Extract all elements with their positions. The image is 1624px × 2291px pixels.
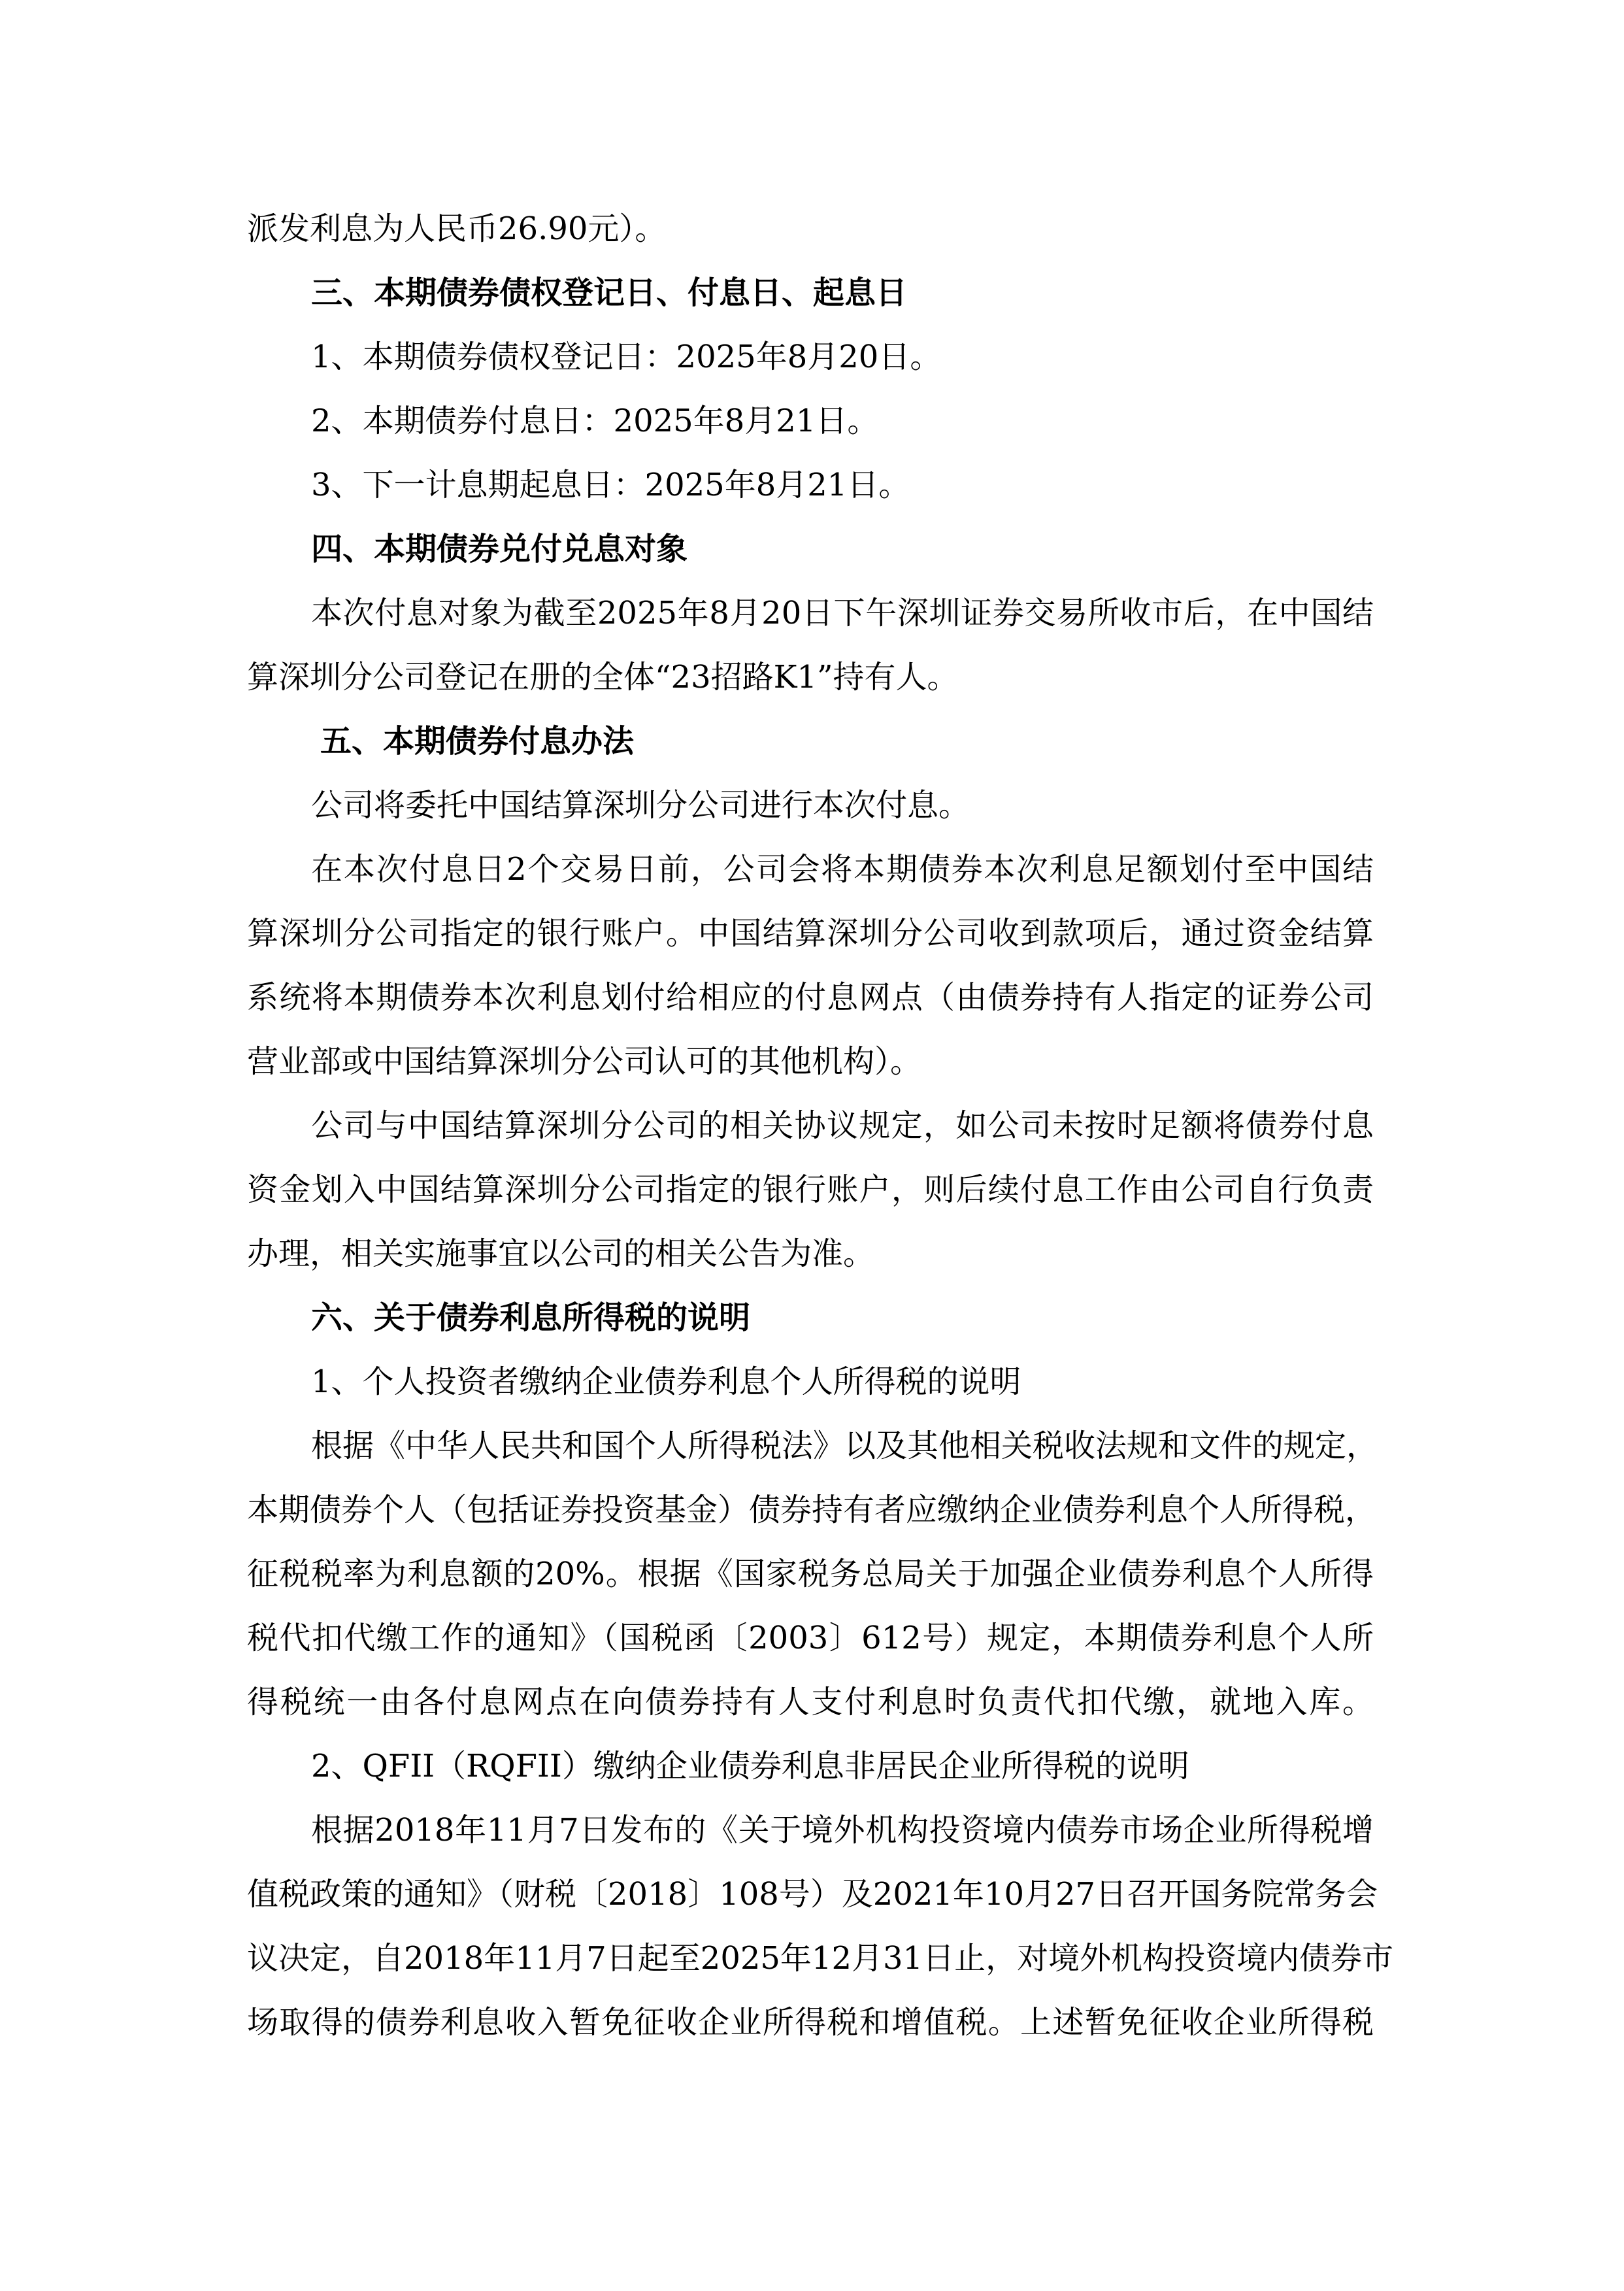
paragraph-line: 办理，相关实施事宜以公司的相关公告为准。 [247,1222,1374,1286]
paragraph-line: 场取得的债券利息收入暂免征收企业所得税和增值税。上述暂免征收企业所得税 [247,1990,1374,2054]
section-heading-5: 五、本期债券付息办法 [320,709,1374,773]
paragraph-continuation-line: 派发利息为人民币26.90元）。 [247,197,1374,261]
paragraph-line: 征税税率为利息额的20%。根据《国家税务总局关于加强企业债券利息个人所得 [247,1542,1374,1606]
section-heading-6: 六、关于债券利息所得税的说明 [311,1286,1374,1350]
document-page: 派发利息为人民币26.90元）。 三、本期债券债权登记日、付息日、起息日 1、本… [0,0,1624,2291]
subsection-heading-individual-tax: 1、个人投资者缴纳企业债券利息个人所得税的说明 [311,1350,1374,1414]
paragraph-line: 本期债券个人（包括证券投资基金）债券持有者应缴纳企业债券利息个人所得税， [247,1478,1374,1542]
paragraph-line: 系统将本期债券本次利息划付给相应的付息网点（由债券持有人指定的证券公司 [247,965,1374,1029]
paragraph-line: 公司将委托中国结算深圳分公司进行本次付息。 [311,773,1374,837]
paragraph-line: 营业部或中国结算深圳分公司认可的其他机构）。 [247,1029,1374,1094]
section-heading-3: 三、本期债券债权登记日、付息日、起息日 [311,261,1374,325]
paragraph-line: 值税政策的通知》（财税〔2018〕108号）及2021年10月27日召开国务院常… [247,1862,1374,1926]
list-item-registration-date: 1、本期债券债权登记日：2025年8月20日。 [311,325,1374,389]
list-item-payment-date: 2、本期债券付息日：2025年8月21日。 [311,389,1374,453]
paragraph-line: 得税统一由各付息网点在向债券持有人支付利息时负责代扣代缴，就地入库。 [247,1670,1374,1734]
paragraph-line: 议决定，自2018年11月7日起至2025年12月31日止，对境外机构投资境内债… [247,1926,1374,1990]
paragraph-line: 公司与中国结算深圳分公司的相关协议规定，如公司未按时足额将债券付息 [311,1094,1374,1158]
paragraph-line: 税代扣代缴工作的通知》（国税函〔2003〕612号）规定，本期债券利息个人所 [247,1606,1374,1670]
paragraph-line: 资金划入中国结算深圳分公司指定的银行账户，则后续付息工作由公司自行负责 [247,1158,1374,1222]
paragraph-line: 根据《中华人民共和国个人所得税法》以及其他相关税收法规和文件的规定， [311,1414,1374,1478]
paragraph-line: 算深圳分公司登记在册的全体“23招路K1”持有人。 [247,645,1374,709]
section-heading-4: 四、本期债券兑付兑息对象 [311,517,1374,581]
paragraph-line: 算深圳分公司指定的银行账户。中国结算深圳分公司收到款项后，通过资金结算 [247,901,1374,965]
subsection-heading-qfii-tax: 2、QFII（RQFII）缴纳企业债券利息非居民企业所得税的说明 [311,1734,1374,1798]
paragraph-line: 根据2018年11月7日发布的《关于境外机构投资境内债券市场企业所得税增 [311,1798,1374,1862]
paragraph-line: 本次付息对象为截至2025年8月20日下午深圳证券交易所收市后，在中国结 [311,581,1374,645]
paragraph-line: 在本次付息日2个交易日前，公司会将本期债券本次利息足额划付至中国结 [311,837,1374,901]
list-item-next-interest-start-date: 3、下一计息期起息日：2025年8月21日。 [311,453,1374,517]
